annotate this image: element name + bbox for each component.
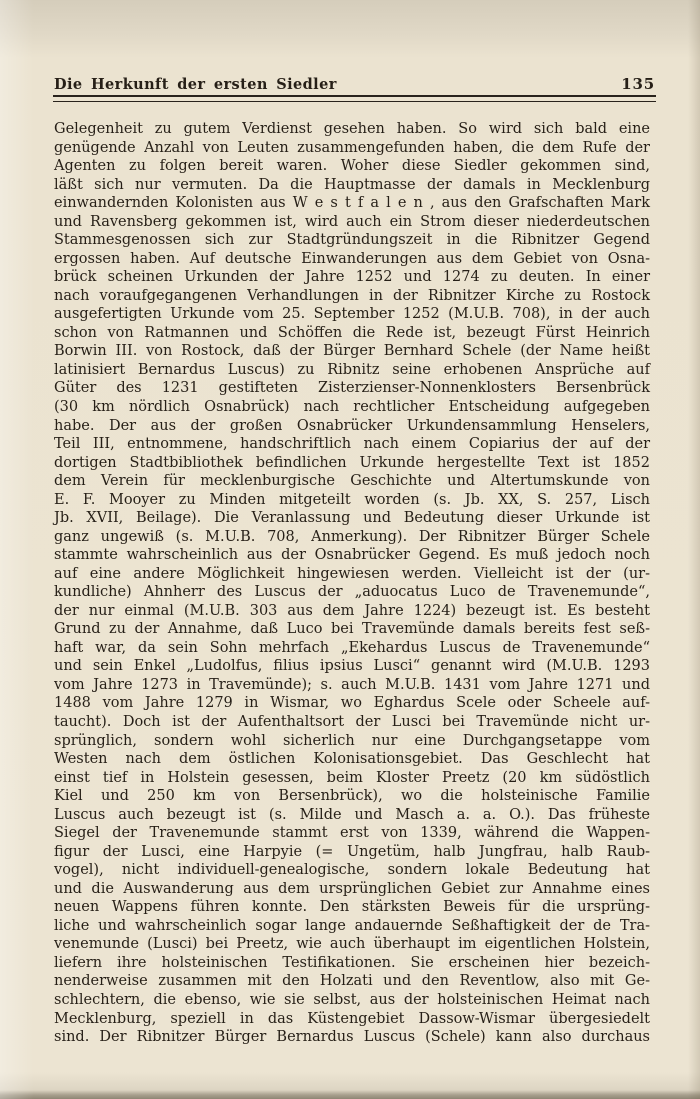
text-line: Mecklenburg, speziell in das Küstengebie… <box>54 1010 650 1029</box>
text-line: und die Auswanderung aus dem ursprünglic… <box>54 880 650 899</box>
text-line: Güter des 1231 gestifteten Zisterzienser… <box>54 379 650 398</box>
text-line: Jb. XVII, Beilage). Die Veranlassung und… <box>54 509 650 528</box>
text-line: dortigen Stadtbibliothek befindlichen Ur… <box>54 454 650 473</box>
text-line: sprünglich, sondern wohl sicherlich nur … <box>54 732 650 751</box>
text-line: taucht). Doch ist der Aufenthaltsort der… <box>54 713 650 732</box>
text-line: einst tief in Holstein gesessen, beim Kl… <box>54 769 650 788</box>
text-line: dem Verein für mecklenburgische Geschich… <box>54 472 650 491</box>
text-line: läßt sich nur vermuten. Da die Hauptmass… <box>54 176 650 195</box>
text-line: schon von Ratmannen und Schöffen die Red… <box>54 324 650 343</box>
text-line: ergossen haben. Auf deutsche Einwanderun… <box>54 250 650 269</box>
text-line: kundliche) Ahnherr des Luscus der „aduoc… <box>54 583 650 602</box>
text-line: neuen Wappens führen konnte. Den stärkst… <box>54 898 650 917</box>
body-text-block: Gelegenheit zu gutem Verdienst gesehen h… <box>54 120 650 1047</box>
text-line: sind. Der Ribnitzer Bürger Bernardus Lus… <box>54 1028 650 1047</box>
text-line: Kiel und 250 km von Bersenbrück), wo die… <box>54 787 650 806</box>
header-double-rule <box>53 95 656 102</box>
text-line: (30 km nördlich Osnabrück) nach rechtlic… <box>54 398 650 417</box>
running-title: Die Herkunft der ersten Siedler <box>54 76 337 93</box>
text-line: schlechtern, die ebenso, wie sie selbst,… <box>54 991 650 1010</box>
text-line: liche und wahrscheinlich sogar lange and… <box>54 917 650 936</box>
text-line: 1488 vom Jahre 1279 in Wismar, wo Eghard… <box>54 694 650 713</box>
text-line: auf eine andere Möglichkeit hingewiesen … <box>54 565 650 584</box>
text-line: ausgefertigten Urkunde vom 25. September… <box>54 305 650 324</box>
text-line: Westen nach dem östlichen Kolonisationsg… <box>54 750 650 769</box>
text-line: vogel), nicht individuell-genealogische,… <box>54 861 650 880</box>
text-line: ganz ungewiß (s. M.U.B. 708, Anmerkung).… <box>54 528 650 547</box>
text-line: haft war, da sein Sohn mehrfach „Ekehard… <box>54 639 650 658</box>
text-line: und Ravensberg gekommen ist, wird auch e… <box>54 213 650 232</box>
book-page-scan: Die Herkunft der ersten Siedler 135 Gele… <box>0 0 700 1099</box>
text-line: stammte wahrscheinlich aus der Osnabrück… <box>54 546 650 565</box>
text-line: Siegel der Travenemunde stammt erst von … <box>54 824 650 843</box>
text-line: Grund zu der Annahme, daß Luco bei Trave… <box>54 620 650 639</box>
text-line: genügende Anzahl von Leuten zusammengefu… <box>54 139 650 158</box>
text-line: Stammesgenossen sich zur Stadtgründungsz… <box>54 231 650 250</box>
text-line: habe. Der aus der großen Osnabrücker Urk… <box>54 417 650 436</box>
text-line: latinisiert Bernardus Luscus) zu Ribnitz… <box>54 361 650 380</box>
text-line: Agenten zu folgen bereit waren. Woher di… <box>54 157 650 176</box>
text-line: brück scheinen Urkunden der Jahre 1252 u… <box>54 268 650 287</box>
page-number: 135 <box>621 75 655 93</box>
text-line: Borwin III. von Rostock, daß der Bürger … <box>54 342 650 361</box>
text-line: der nur einmal (M.U.B. 303 aus dem Jahre… <box>54 602 650 621</box>
text-line: venemunde (Lusci) bei Preetz, wie auch ü… <box>54 935 650 954</box>
text-line: figur der Lusci, eine Harpyie (= Ungetüm… <box>54 843 650 862</box>
text-line: nach voraufgegangenen Verhandlungen in d… <box>54 287 650 306</box>
text-line: vom Jahre 1273 in Travemünde); s. auch M… <box>54 676 650 695</box>
text-line: Luscus auch bezeugt ist (s. Milde und Ma… <box>54 806 650 825</box>
text-line: einwandernden Kolonisten aus W e s t f a… <box>54 194 650 213</box>
text-line: nenderweise zusammen mit den Holzati und… <box>54 972 650 991</box>
text-line: liefern ihre holsteinischen Testifikatio… <box>54 954 650 973</box>
text-line: Gelegenheit zu gutem Verdienst gesehen h… <box>54 120 650 139</box>
text-line: und sein Enkel „Ludolfus, filius ipsius … <box>54 657 650 676</box>
text-line: Teil III, entnommene, handschriftlich na… <box>54 435 650 454</box>
page-header: Die Herkunft der ersten Siedler 135 <box>54 75 655 93</box>
text-line: E. F. Mooyer zu Minden mitgeteilt worden… <box>54 491 650 510</box>
